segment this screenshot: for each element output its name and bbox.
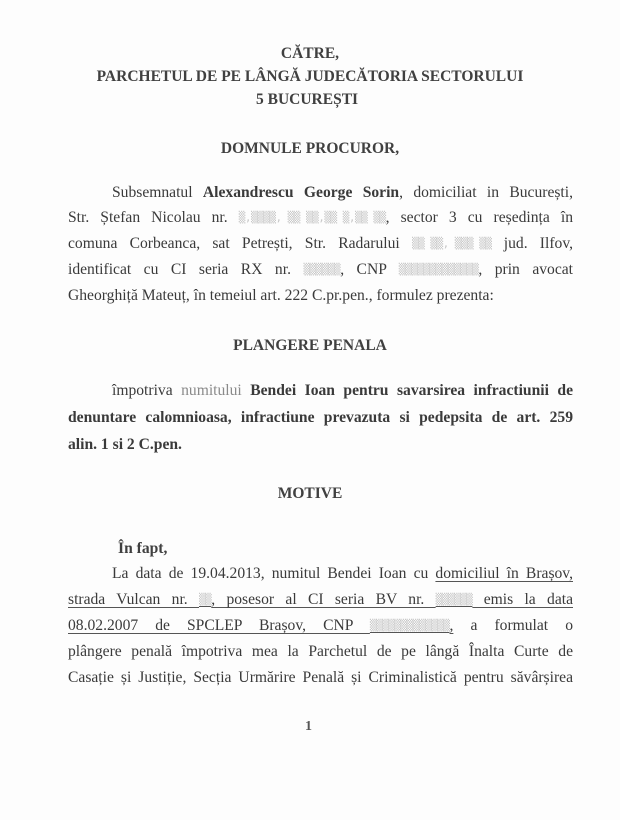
facts-line-3: 08.02.2007 de SPCLEP Brașov, CNP ▒▒▒▒▒▒▒… <box>68 616 573 636</box>
facts-line-5: Casație și Justiție, Secția Urmărire Pen… <box>68 668 573 688</box>
redacted-cnp: ▒▒▒▒▒▒▒▒▒▒▒▒▒ <box>399 260 479 280</box>
intro-line-5: Gheorghiță Mateuț, în temeiul art. 222 C… <box>68 286 573 306</box>
salutation: DOMNULE PROCUROR, <box>0 140 620 158</box>
intro-line-4: identificat cu CI seria RX nr. ▒▒▒▒▒▒, C… <box>68 260 573 280</box>
redacted-address: ▒,▒▒▒▒, ▒▒ ▒▒,▒▒ ▒,▒▒ ▒▒ <box>239 208 386 228</box>
page-number: 1 <box>305 719 312 735</box>
in-fapt-heading: În fapt, <box>118 540 167 558</box>
redacted-id-number: ▒▒▒▒▒▒ <box>303 260 340 280</box>
redacted-id-number-2: ▒▒▒▒▒▒ <box>436 590 473 610</box>
redacted-street-number: ▒▒ <box>199 590 211 610</box>
motive-title: MOTIVE <box>0 485 620 503</box>
facts-line-2: strada Vulcan nr. ▒▒, posesor al CI seri… <box>68 590 573 610</box>
facts-line-1: La data de 19.04.2013, numitul Bendei Io… <box>112 564 573 584</box>
petitioner-name: Alexandrescu George Sorin <box>203 184 399 201</box>
document-page: CĂTRE, PARCHETUL DE PE LÂNGĂ JUDECĂTORIA… <box>0 0 620 820</box>
intro-line-1: Subsemnatul Alexandrescu George Sorin, d… <box>112 183 573 203</box>
intro-line-3: comuna Corbeanca, sat Petrești, Str. Rad… <box>68 234 573 254</box>
against-line-1: împotriva numitului Bendei Ioan pentru s… <box>112 381 573 401</box>
redacted-residence: ▒▒ ▒▒, ▒▒▒ ▒▒ <box>412 234 492 254</box>
redacted-cnp-2: ▒▒▒▒▒▒▒▒▒▒▒▒▒ <box>370 616 450 636</box>
header-institution-line2: 5 BUCUREȘTI <box>256 91 358 109</box>
intro-line-2: Str. Ștefan Nicolau nr. ▒,▒▒▒▒, ▒▒ ▒▒,▒▒… <box>68 208 573 228</box>
header-catre: CĂTRE, <box>0 45 620 63</box>
against-line-2: denuntare calomnioasa, infractiune preva… <box>68 408 573 428</box>
header-institution-line1: PARCHETUL DE PE LÂNGĂ JUDECĂTORIA SECTOR… <box>0 68 620 86</box>
facts-line-4: plângere penală împotriva mea la Parchet… <box>68 642 573 662</box>
complaint-title: PLANGERE PENALA <box>0 337 620 355</box>
against-line-3: alin. 1 si 2 C.pen. <box>68 435 573 455</box>
